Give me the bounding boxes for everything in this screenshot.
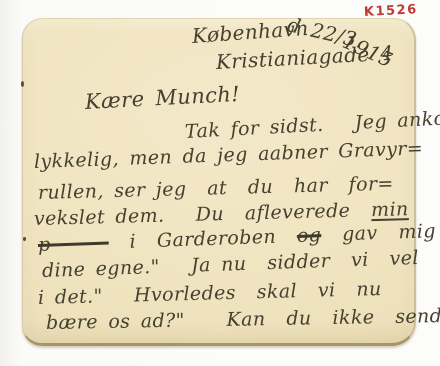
struck-word-og: og (296, 224, 321, 247)
catalog-number-stamp: K1526 (364, 2, 418, 20)
struck-out-word: p——— (38, 232, 109, 256)
paper-speck (23, 237, 26, 241)
paper-speck (21, 81, 24, 87)
line-5-text-end: gav mig (321, 220, 436, 246)
underlined-word-min: min (371, 198, 409, 221)
scan-background: København d 22/3. 1915 Kristianiagade 4 … (0, 0, 440, 366)
